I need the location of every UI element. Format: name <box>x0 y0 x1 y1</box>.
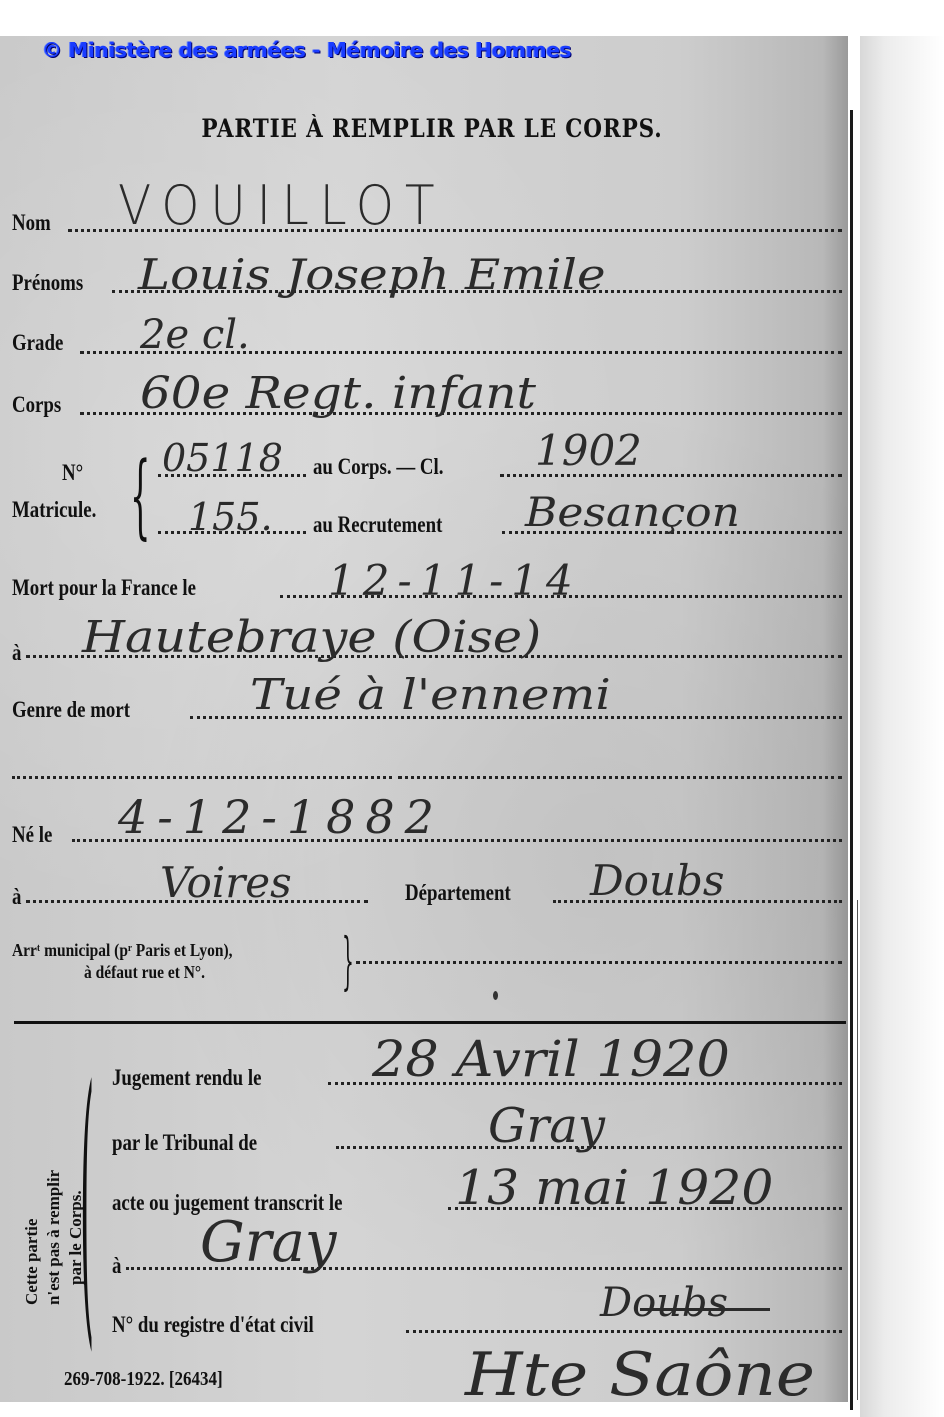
value-matricule-recrutement[interactable]: 155. <box>188 495 273 539</box>
field-line-blank-right <box>398 776 842 779</box>
label-jugement-rendu: Jugement rendu le <box>112 1065 261 1091</box>
form-title: PARTIE À REMPLIR PAR LE CORPS. <box>60 114 803 143</box>
field-line-registre <box>406 1330 842 1333</box>
value-nom[interactable]: VOUILLOT <box>118 174 445 237</box>
side-note-line-1: Cette partie <box>22 1219 42 1305</box>
label-no-registre: N° du registre d'état civil <box>112 1312 314 1338</box>
field-line-blank-left <box>12 776 392 779</box>
card-edge <box>850 110 853 1410</box>
value-tribunal[interactable]: Gray <box>488 1098 605 1154</box>
label-nom: Nom <box>12 210 51 236</box>
label-matricule: Matricule. <box>12 497 96 523</box>
label-a-transcrit: à <box>112 1253 121 1279</box>
card-edge-inner <box>857 900 858 1400</box>
scan-margin <box>860 36 944 1417</box>
top-margin <box>0 0 944 36</box>
label-a-deces: à <box>12 640 21 666</box>
value-genre-de-mort[interactable]: Tué à l'ennemi <box>250 670 611 719</box>
value-departement[interactable]: Doubs <box>590 856 724 905</box>
value-transcrit-lieu[interactable]: Gray <box>200 1210 337 1275</box>
label-au-corps: au Corps. — Cl. <box>313 454 443 480</box>
value-prenoms[interactable]: Louis Joseph Emile <box>138 250 606 299</box>
label-au-recrutement: au Recrutement <box>313 512 442 538</box>
field-line-arr-municipal <box>356 961 842 964</box>
label-corps: Corps <box>12 392 61 418</box>
value-matricule-corps[interactable]: 05118 <box>162 436 283 480</box>
form-reference-number: 269-708-1922. [26434] <box>64 1368 223 1391</box>
label-prenoms: Prénoms <box>12 270 83 296</box>
copyright-watermark: © Ministère des armées - Mémoire des Hom… <box>42 38 571 62</box>
side-note-brace: ( <box>80 1052 94 1352</box>
label-mort-pour-la-france: Mort pour la France le <box>12 575 196 601</box>
strike-through-line <box>640 1308 770 1311</box>
value-lieu-naissance[interactable]: Voires <box>160 858 292 907</box>
label-grade: Grade <box>12 330 63 356</box>
label-arr-municipal-2: à défaut rue et N°. <box>84 962 205 983</box>
value-grade[interactable]: 2e cl. <box>140 312 250 358</box>
value-registre-correction[interactable]: Hte Saône <box>465 1340 815 1410</box>
arr-municipal-brace: } <box>342 930 354 992</box>
label-no: N° <box>62 460 83 486</box>
value-jugement-date[interactable]: 28 Avril 1920 <box>372 1030 730 1088</box>
label-a-naissance: à <box>12 884 21 910</box>
label-arr-municipal-1: Arrᵗ municipal (pʳ Paris et Lyon), <box>12 940 232 961</box>
matricule-brace: { <box>130 450 150 542</box>
value-lieu-deces[interactable]: Hautebraye (Oise) <box>82 612 541 663</box>
value-registre-struck[interactable]: Doubs <box>600 1280 728 1326</box>
value-date-naissance[interactable]: 4-12-1882 <box>118 790 444 844</box>
value-recrutement[interactable]: Besançon <box>525 490 740 536</box>
ink-speck <box>493 991 498 1000</box>
value-transcrit-date[interactable]: 13 mai 1920 <box>455 1160 773 1216</box>
value-classe[interactable]: 1902 <box>535 426 642 475</box>
section-separator <box>14 1021 846 1024</box>
label-genre-de-mort: Genre de mort <box>12 697 130 723</box>
label-ne-le: Né le <box>12 822 52 848</box>
side-note-line-2: n'est pas à remplir <box>44 1170 64 1305</box>
label-departement: Département <box>405 880 511 906</box>
value-date-deces[interactable]: 12-11-14 <box>328 556 581 605</box>
value-corps[interactable]: 60e Regt. infant <box>140 368 536 419</box>
label-tribunal: par le Tribunal de <box>112 1130 257 1156</box>
